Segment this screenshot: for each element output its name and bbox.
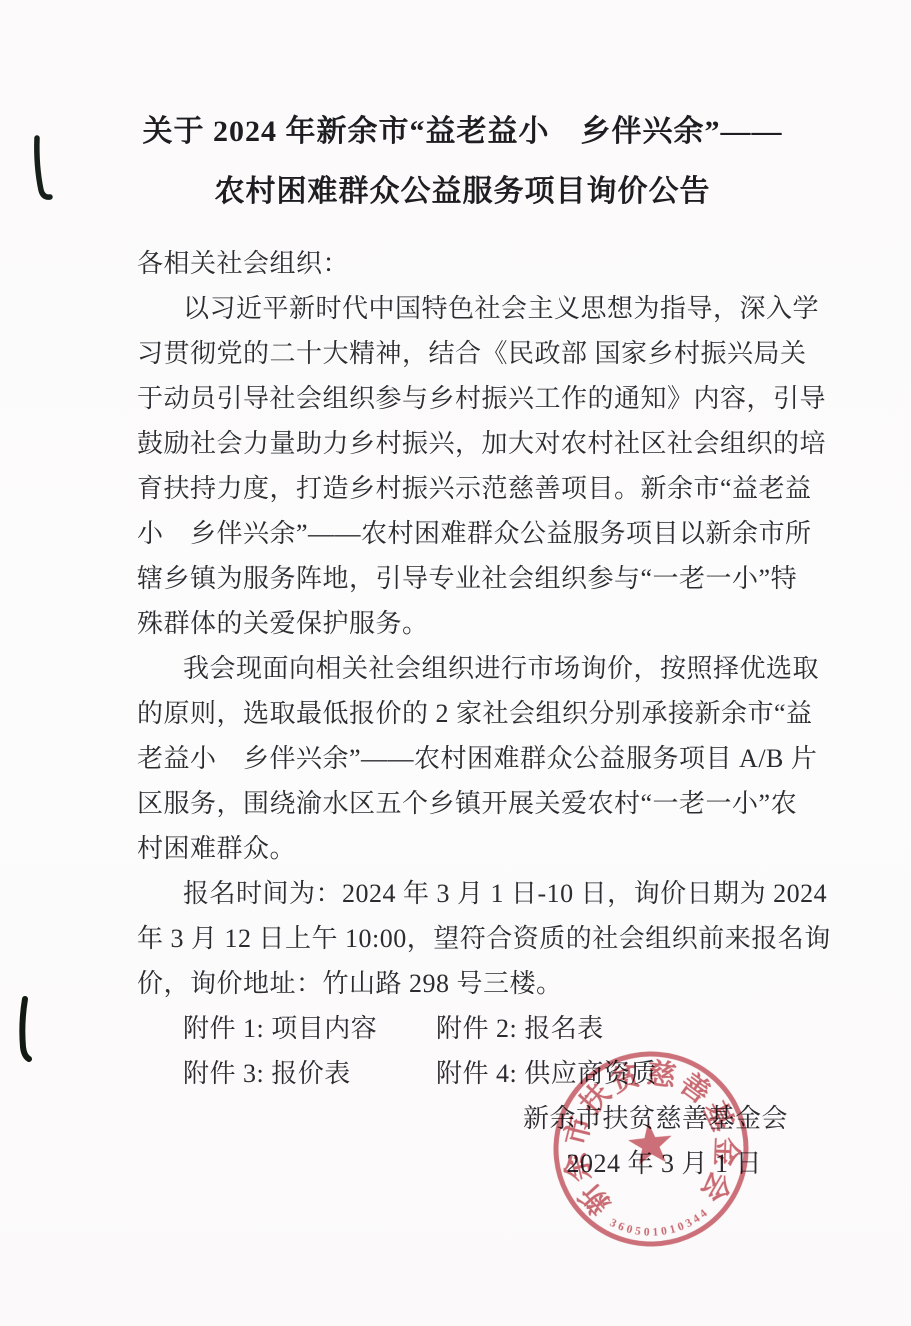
body-line: 于动员引导社会组织参与乡村振兴工作的通知》内容，引导	[137, 376, 788, 421]
body-line: 报名时间为：2024 年 3 月 1 日-10 日，询价日期为 2024	[137, 871, 788, 916]
body-line: 育扶持力度，打造乡村振兴示范慈善项目。新余市“益老益	[137, 466, 788, 511]
attachment-2: 附件 2: 报名表	[436, 1014, 604, 1043]
signature-organization: 新余市扶贫慈善基金会	[137, 1096, 788, 1141]
attachments-row-1: 附件 1: 项目内容 附件 2: 报名表	[137, 1006, 788, 1051]
svg-text:3: 3	[684, 1217, 695, 1230]
body-line: 年 3 月 12 日上午 10:00，望符合资质的社会组织前来报名询	[137, 916, 788, 961]
attachment-4: 附件 4: 供应商资质	[436, 1059, 657, 1088]
svg-text:1: 1	[652, 1226, 659, 1238]
body-line: 我会现面向相关社会组织进行市场询价，按照择优选取	[137, 646, 788, 691]
attachments-row-2: 附件 3: 报价表 附件 4: 供应商资质	[137, 1051, 788, 1096]
attachment-3: 附件 3: 报价表	[183, 1051, 429, 1096]
body-line: 辖乡镇为服务阵地，引导专业社会组织参与“一老一小”特	[137, 556, 788, 601]
body-line: 殊群体的关爱保护服务。	[137, 601, 788, 646]
svg-text:0: 0	[660, 1225, 668, 1238]
document-title-line-2: 农村困难群众公益服务项目询价公告	[137, 166, 788, 210]
svg-text:5: 5	[634, 1225, 642, 1238]
body-line: 老益小 乡伴兴余”——农村困难群众公益服务项目 A/B 片	[137, 736, 788, 781]
body-line: 的原则，选取最低报价的 2 家社会组织分别承接新余市“益	[137, 691, 788, 736]
svg-text:4: 4	[691, 1212, 703, 1225]
body-line: 价，询价地址：竹山路 298 号三楼。	[137, 961, 788, 1006]
body-line: 习贯彻党的二十大精神，结合《民政部 国家乡村振兴局关	[137, 331, 788, 376]
attachment-1: 附件 1: 项目内容	[183, 1006, 429, 1051]
body-line: 小 乡伴兴余”——农村困难群众公益服务项目以新余市所	[137, 511, 788, 556]
seal-number-arc-text: 360501010344	[607, 1207, 712, 1244]
binding-mark-top	[28, 134, 58, 210]
body-line: 以习近平新时代中国特色社会主义思想为指导，深入学	[137, 286, 788, 331]
document-title-line-1: 关于 2024 年新余市“益老益小 乡伴兴余”——	[137, 106, 788, 150]
body-line: 区服务，围绕渝水区五个乡镇开展关爱农村“一老一小”农	[137, 781, 788, 826]
body-line: 鼓励社会力量助力乡村振兴，加大对农村社区社会组织的培	[137, 421, 788, 466]
svg-text:4: 4	[698, 1207, 710, 1220]
salutation: 各相关社会组织：	[137, 241, 788, 286]
signature-date: 2024 年 3 月 1 日	[137, 1141, 788, 1186]
svg-text:6: 6	[616, 1220, 626, 1233]
binding-mark-bottom	[12, 994, 42, 1074]
svg-text:0: 0	[676, 1220, 686, 1233]
svg-text:1: 1	[668, 1223, 677, 1236]
scanned-document-page: 关于 2024 年新余市“益老益小 乡伴兴余”—— 农村困难群众公益服务项目询价…	[0, 0, 911, 1326]
svg-text:0: 0	[625, 1223, 634, 1236]
document-body: 各相关社会组织： 以习近平新时代中国特色社会主义思想为指导，深入学 习贯彻党的二…	[137, 241, 788, 1186]
svg-text:3: 3	[608, 1217, 619, 1230]
body-line: 村困难群众。	[137, 826, 788, 871]
svg-text:0: 0	[643, 1226, 650, 1238]
